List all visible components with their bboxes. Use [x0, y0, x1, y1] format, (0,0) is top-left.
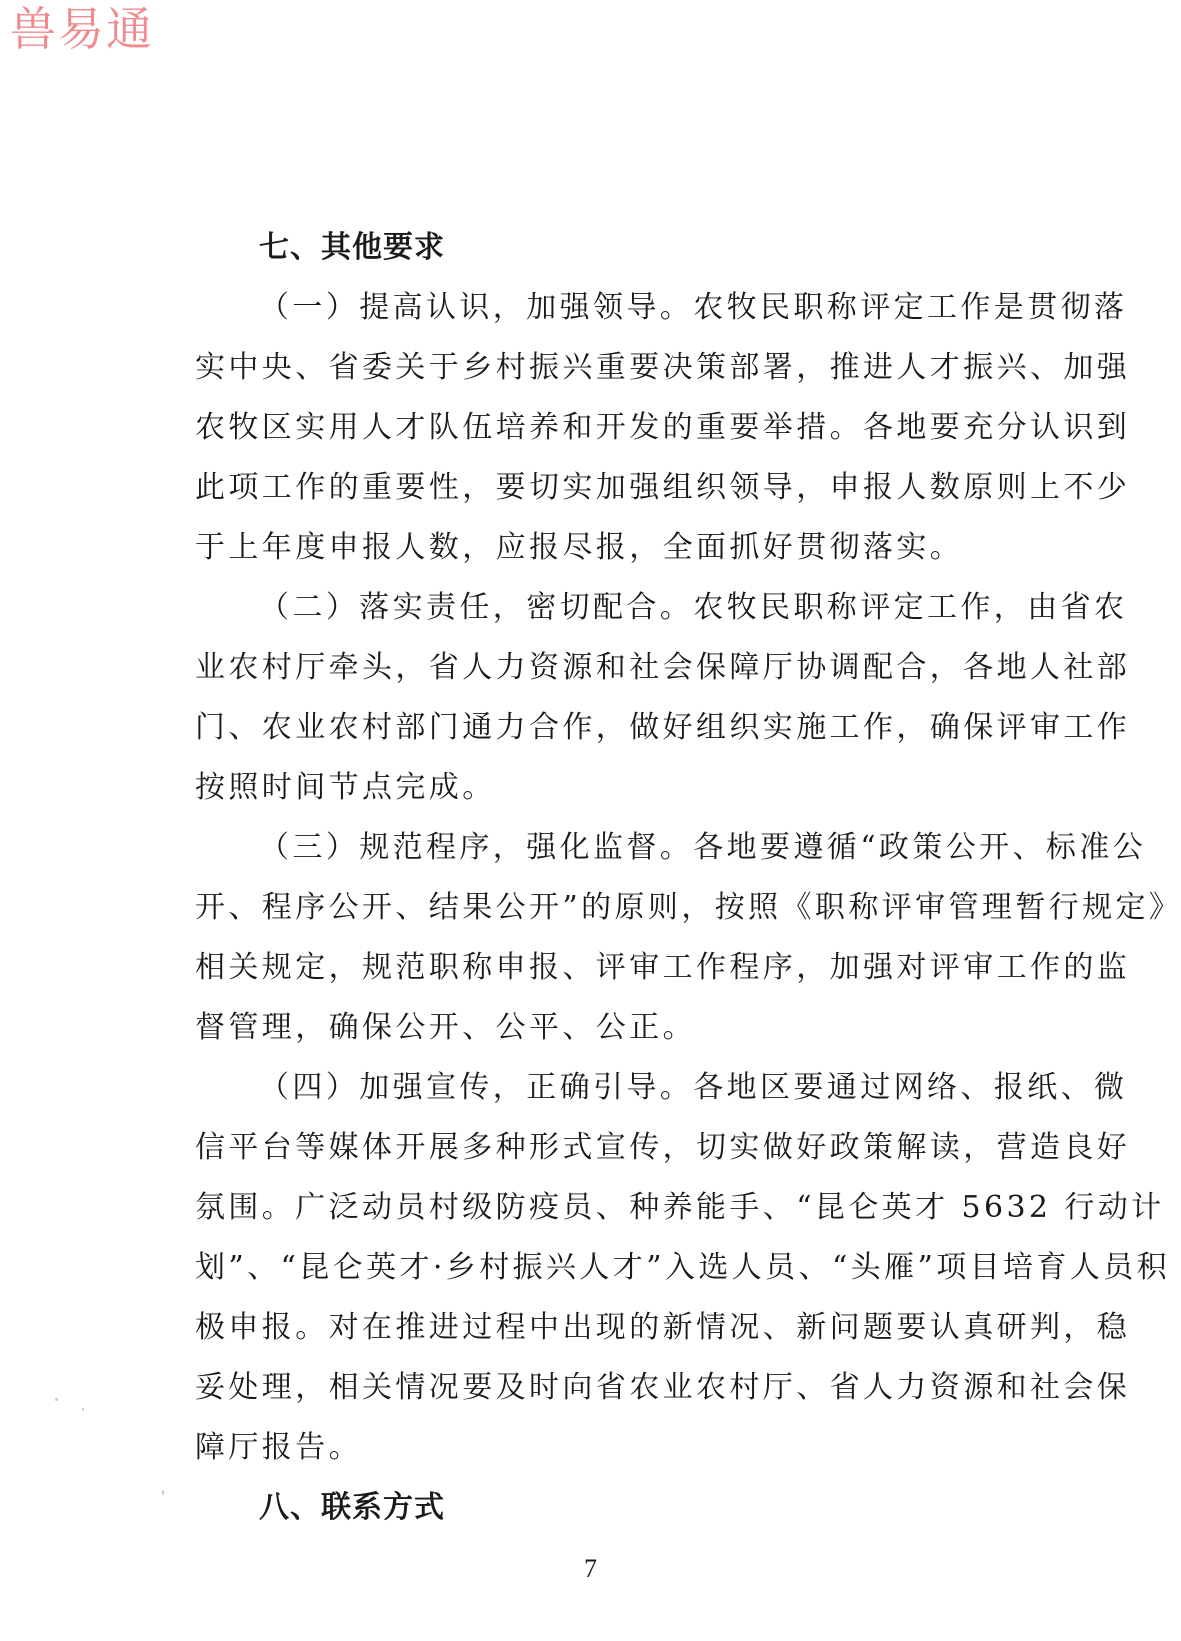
paragraph-line: 农牧区实用人才队伍培养和开发的重要举措。各地要充分认识到 [195, 398, 1080, 458]
paragraph-line: 相关规定，规范职称申报、评审工作程序，加强对评审工作的监 [195, 938, 1080, 998]
paragraph-line: （一）提高认识，加强领导。农牧民职称评定工作是贯彻落 [195, 278, 1080, 338]
paragraph-line: 门、农业农村部门通力合作，做好组织实施工作，确保评审工作 [195, 698, 1080, 758]
paragraph-line: 极申报。对在推进过程中出现的新情况、新问题要认真研判，稳 [195, 1298, 1080, 1358]
paragraph-line: 业农村厅牵头，省人力资源和社会保障厅协调配合，各地人社部 [195, 638, 1080, 698]
scan-speck [55, 1398, 58, 1401]
page-number: 7 [0, 1552, 1181, 1586]
watermark-logo: 兽易通 [10, 2, 154, 56]
paragraph-line: 信平台等媒体开展多种形式宣传，切实做好政策解读，营造良好 [195, 1118, 1080, 1178]
paragraph-line: 实中央、省委关于乡村振兴重要决策部署，推进人才振兴、加强 [195, 338, 1080, 398]
document-body: 七、其他要求 （一）提高认识，加强领导。农牧民职称评定工作是贯彻落 实中央、省委… [195, 218, 1080, 1538]
paragraph-strengthen-publicity: （四）加强宣传，正确引导。各地区要通过网络、报纸、微 信平台等媒体开展多种形式宣… [195, 1058, 1080, 1478]
paragraph-implement-responsibility: （二）落实责任，密切配合。农牧民职称评定工作，由省农 业农村厅牵头，省人力资源和… [195, 578, 1080, 818]
paragraph-line: 按照时间节点完成。 [195, 758, 1080, 818]
paragraph-line: 障厅报告。 [195, 1418, 1080, 1478]
paragraph-line: 开、程序公开、结果公开”的原则，按照《职称评审管理暂行规定》 [195, 878, 1080, 938]
scan-speck [162, 1490, 164, 1495]
paragraph-line: （四）加强宣传，正确引导。各地区要通过网络、报纸、微 [195, 1058, 1080, 1118]
paragraph-line: 此项工作的重要性，要切实加强组织领导，申报人数原则上不少 [195, 458, 1080, 518]
paragraph-line: 督管理，确保公开、公平、公正。 [195, 998, 1080, 1058]
paragraph-line: 氛围。广泛动员村级防疫员、种养能手、“昆仑英才 5632 行动计 [195, 1178, 1080, 1238]
paragraph-standardize-procedure: （三）规范程序，强化监督。各地要遵循“政策公开、标准公 开、程序公开、结果公开”… [195, 818, 1080, 1058]
section-heading-contact: 八、联系方式 [195, 1478, 1080, 1538]
paragraph-raise-awareness: （一）提高认识，加强领导。农牧民职称评定工作是贯彻落 实中央、省委关于乡村振兴重… [195, 278, 1080, 578]
paragraph-line: （三）规范程序，强化监督。各地要遵循“政策公开、标准公 [195, 818, 1080, 878]
paragraph-line: 于上年度申报人数，应报尽报，全面抓好贯彻落实。 [195, 518, 1080, 578]
section-heading-other-requirements: 七、其他要求 [195, 218, 1080, 278]
paragraph-line: 划”、“昆仑英才·乡村振兴人才”入选人员、“头雁”项目培育人员积 [195, 1238, 1080, 1298]
paragraph-line: （二）落实责任，密切配合。农牧民职称评定工作，由省农 [195, 578, 1080, 638]
paragraph-line: 妥处理，相关情况要及时向省农业农村厅、省人力资源和社会保 [195, 1358, 1080, 1418]
scan-speck [82, 1408, 84, 1411]
